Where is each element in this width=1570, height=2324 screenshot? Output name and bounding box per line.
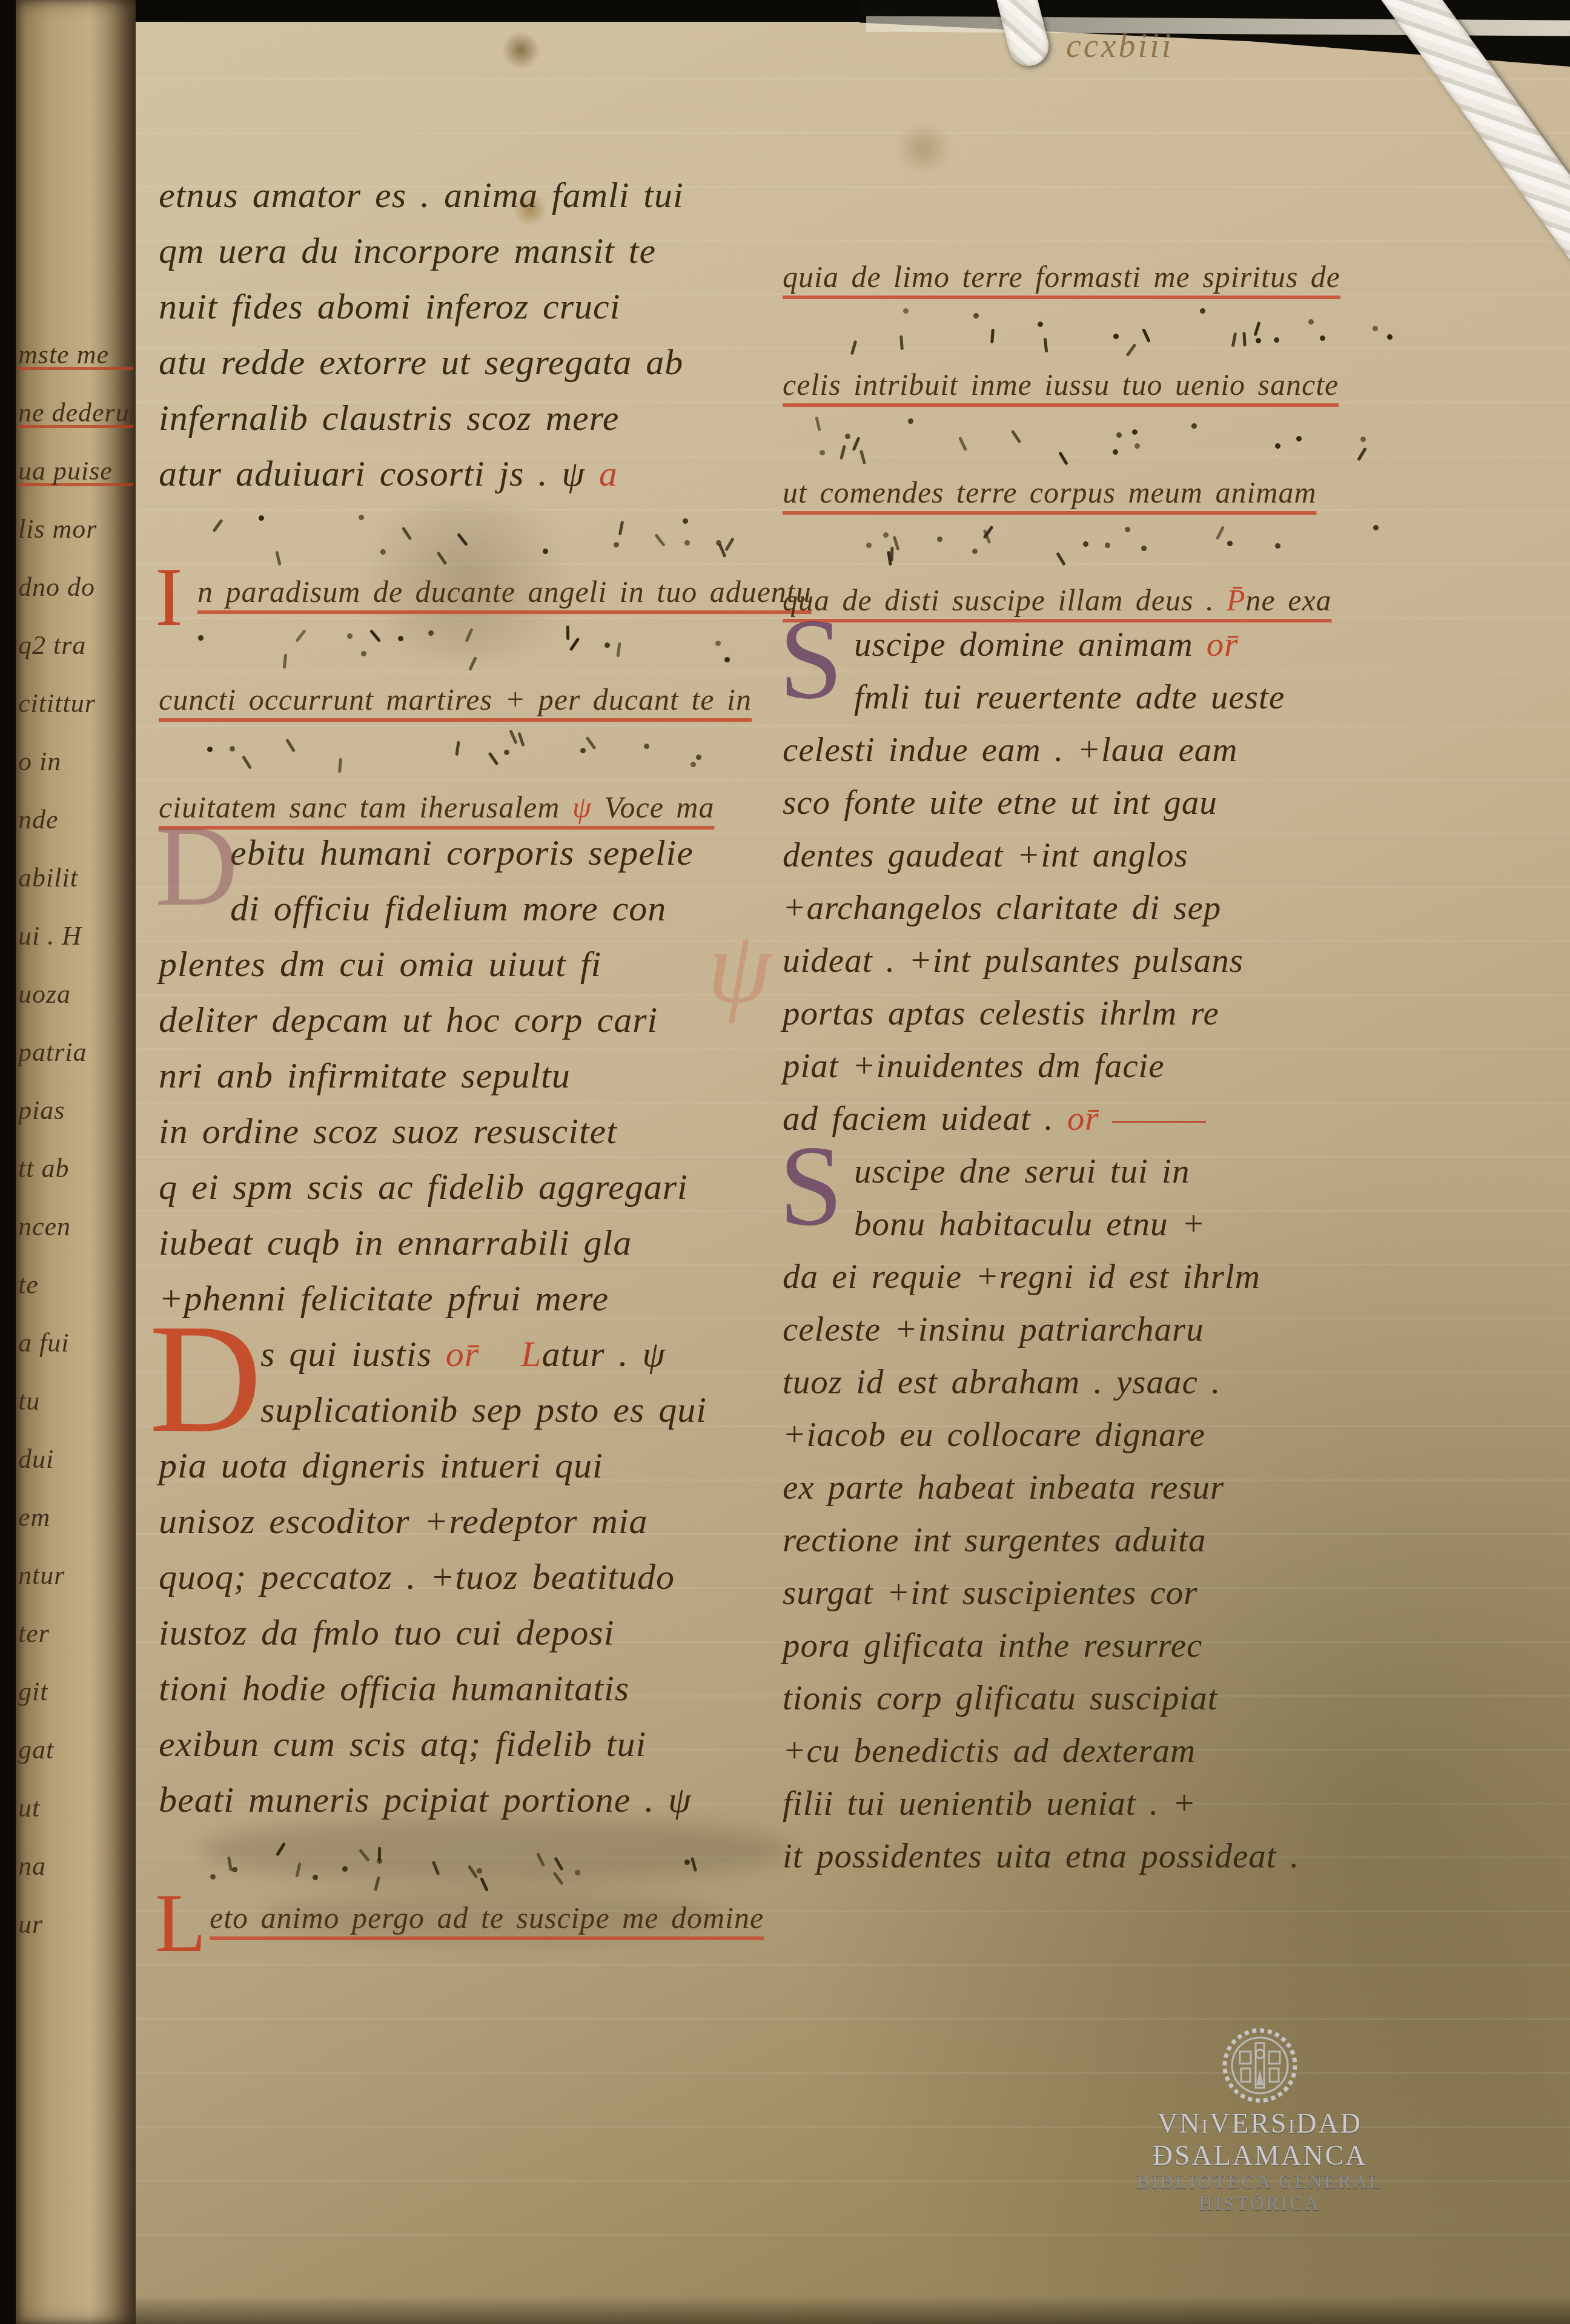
neume-mark: [860, 450, 866, 464]
edge-text-fragment: mste me: [18, 339, 133, 370]
text-segment: it possidentes uita etna possideat .: [783, 1837, 1299, 1875]
edge-text-fragment: uoza: [18, 979, 133, 1009]
neume-mark: [852, 437, 860, 451]
neume-mark: [276, 1842, 286, 1856]
neume-mark: [1273, 337, 1280, 344]
neume-mark: [958, 437, 967, 451]
text-line: beati muneris pcipiat portione . ψ: [159, 1779, 770, 1835]
neume-mark: [359, 1849, 370, 1862]
neume-mark: [468, 656, 477, 671]
text-segment: n paradisum de ducante angeli in tuo adu…: [197, 575, 812, 609]
text-segment: iubeat cuqb in ennarrabili gla: [159, 1223, 632, 1263]
text-line: deliter depcam ut hoc corp cari: [159, 999, 770, 1055]
text-line: dentes gaudeat +int anglos: [783, 836, 1425, 888]
neume-mark: [1360, 436, 1366, 443]
text-line: nri anb infirmitate sepultu: [159, 1055, 770, 1111]
neume-mark: [437, 552, 448, 566]
text-line: atur aduiuari cosorti js . ψ a: [159, 453, 770, 509]
neume-mark: [342, 1866, 348, 1872]
neume-mark: [844, 433, 851, 440]
left-text-column: etnus amator es . anima famli tuiqm uera…: [159, 174, 770, 1943]
text-segment: +archangelos claritate di sep: [783, 889, 1221, 927]
text-segment: di officiu fidelium more con: [230, 888, 666, 928]
text-line: exibun cum scis atq; fidelib tui: [159, 1723, 770, 1779]
text-line: plentes dm cui omia uiuut fi: [159, 943, 770, 999]
text-segment: tioni hodie officia humanitatis: [159, 1668, 629, 1708]
text-line: +archangelos claritate di sep: [783, 888, 1425, 941]
text-segment: sco fonte uite etne ut int gau: [783, 784, 1217, 822]
text-segment: Voce ma: [604, 790, 714, 824]
edge-text-fragment: ua puise: [18, 455, 133, 486]
watermark-library-name: BIBLIOTECA GENERAL HISTÓRICA: [1078, 2171, 1442, 2215]
neume-mark: [682, 518, 689, 525]
text-segment: P̄: [1227, 583, 1246, 617]
neume-mark: [480, 1877, 489, 1892]
text-segment: qua de disti suscipe illam deus .: [783, 583, 1227, 617]
neume-mark: [457, 533, 468, 546]
text-line: Debitu humani corporis sepelie: [159, 832, 770, 888]
text-line: +iacob eu collocare dignare: [783, 1415, 1425, 1468]
text-line: tionis corp glificatu suscipiat: [783, 1679, 1425, 1731]
neume-mark: [815, 416, 821, 431]
text-line: rectione int surgentes aduita: [783, 1520, 1425, 1573]
neume-mark: [1125, 526, 1131, 532]
neume-mark: [714, 640, 721, 647]
neume-mark: [866, 542, 872, 549]
edge-text-fragment: ut: [18, 1792, 133, 1823]
neume-mark: [1372, 524, 1379, 531]
text-segment: q ei spm scis ac fidelib aggregari: [159, 1167, 688, 1207]
watermark-salamanca: ÐSALAMANCA: [1078, 2139, 1442, 2171]
text-segment: unisoz escoditor +redeptor mia: [159, 1501, 648, 1541]
text-line: di officiu fidelium more con: [159, 888, 770, 943]
text-line: Suscipe dne serui tui in: [783, 1152, 1425, 1204]
neume-mark: [553, 1872, 564, 1885]
neume-mark: [432, 1861, 440, 1875]
neume-notation-band: [783, 409, 1425, 475]
neume-mark: [554, 1857, 564, 1870]
edge-text-fragment: na: [18, 1850, 133, 1881]
neume-mark: [1227, 540, 1233, 546]
text-segment: rectione int surgentes aduita: [783, 1521, 1207, 1559]
text-line: infernalib claustris scoz mere: [159, 397, 770, 453]
neume-mark: [574, 1869, 581, 1876]
parchment-stain: [890, 127, 957, 170]
neume-mark: [1142, 328, 1151, 343]
chant-line: celis intribuit inme iussu tuo uenio san…: [783, 367, 1425, 409]
neume-mark: [990, 329, 995, 343]
university-seal-icon: [1222, 2027, 1298, 2104]
text-segment: celesti indue eam . +laua eam: [783, 731, 1237, 769]
text-segment: pora glificata inthe resurrec: [783, 1626, 1202, 1665]
text-segment: uideat . +int pulsantes pulsans: [783, 942, 1244, 980]
text-segment: s qui iustis: [260, 1334, 446, 1374]
edge-text-fragment: ne dederun: [18, 397, 133, 428]
text-line: nuit fides abomi inferoz cruci: [159, 286, 770, 342]
neume-mark: [689, 761, 697, 769]
neume-mark: [604, 642, 611, 648]
text-segment: or̄: [446, 1334, 479, 1374]
neume-mark: [295, 629, 306, 642]
illuminated-initial: S: [779, 1143, 844, 1230]
neume-mark: [346, 633, 353, 639]
edge-text-fragment: citittur: [18, 688, 133, 719]
chant-line: qua de disti suscipe illam deus . P̄ne e…: [783, 583, 1425, 625]
text-segment: nri anb infirmitate sepultu: [159, 1055, 571, 1095]
neume-mark: [1113, 333, 1119, 340]
text-segment: piat +inuidentes dm facie: [783, 1047, 1165, 1085]
chant-line: cuncti occurrunt martires + per ducant t…: [159, 682, 770, 724]
right-text-column: quia de limo terre formasti me spiritus …: [783, 259, 1425, 1889]
neume-mark: [1215, 526, 1224, 540]
neume-mark: [569, 638, 580, 652]
text-line: Ds qui iustis or̄ Latur . ψ: [159, 1333, 770, 1389]
neume-mark: [1044, 338, 1048, 352]
text-line: fmli tui reuertente adte ueste: [783, 678, 1425, 730]
neume-mark: [1371, 325, 1379, 332]
neume-mark: [684, 540, 690, 546]
neume-mark: [893, 536, 900, 550]
neume-mark: [643, 743, 650, 750]
edge-text-fragment: pias: [18, 1095, 133, 1126]
text-line: quoq; peccatoz . +tuoz beatitudo: [159, 1556, 770, 1612]
neume-mark: [850, 340, 857, 355]
edge-text-fragment: nde: [18, 804, 133, 835]
neume-mark: [374, 1877, 380, 1891]
edge-text-fragment: abilit: [18, 862, 133, 893]
neume-mark: [1141, 544, 1148, 552]
text-segment: atur aduiuari cosorti js . ψ: [159, 454, 599, 494]
neume-mark: [566, 626, 569, 640]
neume-mark: [972, 312, 979, 319]
neume-mark: [1056, 552, 1066, 566]
chant-line: Leto animo pergo ad te suscipe me domine: [159, 1900, 770, 1943]
neume-mark: [242, 755, 252, 769]
text-segment: ut comendes terre corpus meum animam: [783, 475, 1317, 509]
neume-notation-band: [783, 517, 1425, 583]
neume-mark: [724, 537, 735, 551]
neume-mark: [1134, 443, 1141, 449]
text-segment: a: [599, 454, 618, 494]
neume-mark: [840, 445, 846, 460]
text-segment: atu redde extorre ut segregata ab: [159, 342, 683, 382]
text-line: it possidentes uita etna possideat .: [783, 1837, 1425, 1889]
neume-mark: [1296, 435, 1302, 442]
neume-mark: [197, 635, 204, 641]
neume-notation-band: [783, 302, 1425, 367]
neume-mark: [295, 1862, 301, 1877]
illuminated-initial: D: [149, 1320, 262, 1438]
watermark-university-name: VNiVERSiDAD: [1078, 2107, 1442, 2139]
neume-mark: [655, 533, 666, 547]
ink-stain: [502, 31, 540, 69]
text-segment: uscipe domine animam: [854, 626, 1207, 664]
text-line: filii tui uenientib ueniat . +: [783, 1784, 1425, 1837]
neume-mark: [1255, 337, 1262, 344]
edge-text-fragment: ur: [18, 1909, 133, 1939]
neume-mark: [369, 630, 381, 643]
neume-mark: [360, 650, 368, 657]
neume-mark: [613, 541, 620, 548]
previous-folio-edge: mste mene dederunua puiselis mordno doq2…: [16, 0, 136, 2324]
neume-mark: [488, 751, 498, 765]
neume-mark: [586, 736, 597, 750]
neume-mark: [883, 532, 889, 538]
text-line: iustoz da fmlo tuo cui deposi: [159, 1612, 770, 1668]
neume-mark: [684, 1859, 691, 1866]
chant-line: ut comendes terre corpus meum animam: [783, 475, 1425, 517]
neume-mark: [518, 732, 525, 747]
neume-mark: [936, 536, 942, 542]
text-segment: cuncti occurrunt martires + per ducant t…: [159, 682, 752, 716]
neume-mark: [1386, 333, 1393, 340]
neume-notation-band: [159, 616, 770, 682]
neume-mark: [378, 1847, 381, 1861]
neume-mark: [1231, 332, 1237, 348]
neume-mark: [1058, 452, 1068, 466]
text-segment: uscipe dne serui tui in: [854, 1152, 1190, 1190]
text-segment: in ordine scoz suoz resuscitet: [159, 1111, 617, 1151]
text-line: da ei requie +regni id est ihrlm: [783, 1257, 1425, 1310]
neume-notation-band: [159, 1835, 770, 1900]
edge-text-fragment: dno do: [18, 572, 133, 602]
neume-mark: [1126, 343, 1137, 357]
edge-text-fragment: tt ab: [18, 1153, 133, 1184]
neume-mark: [1274, 542, 1282, 550]
neume-mark: [971, 548, 978, 555]
neume-mark: [258, 515, 265, 522]
text-line: celesti indue eam . +laua eam: [783, 730, 1425, 783]
text-segment: eto animo pergo ad te suscipe me domine: [210, 1901, 764, 1935]
neume-mark: [1357, 447, 1367, 461]
text-segment: quia de limo terre formasti me spiritus …: [783, 260, 1340, 294]
neume-mark: [230, 745, 236, 752]
text-line: celeste +insinu patriarcharu: [783, 1310, 1425, 1362]
neume-mark: [397, 635, 404, 642]
text-segment: iustoz da fmlo tuo cui deposi: [159, 1613, 614, 1652]
neume-mark: [207, 746, 214, 753]
text-segment: dentes gaudeat +int anglos: [783, 836, 1188, 874]
text-line: qm uera du incorpore mansit te: [159, 230, 770, 286]
edge-text-fragment: te: [18, 1269, 133, 1300]
neume-mark: [536, 1852, 545, 1867]
folio-number: ccxbiii: [1066, 27, 1173, 65]
edge-text-fragment: patria: [18, 1037, 133, 1068]
neume-mark: [695, 754, 701, 761]
neume-mark: [1115, 432, 1122, 439]
neume-mark: [903, 308, 909, 314]
neume-mark: [283, 653, 287, 668]
neume-mark: [338, 758, 342, 773]
text-line: iubeat cuqb in ennarrabili gla: [159, 1222, 770, 1278]
text-line: +cu benedictis ad dexteram: [783, 1731, 1425, 1784]
text-segment: da ei requie +regni id est ihrlm: [783, 1258, 1260, 1296]
text-segment: deliter depcam ut hoc corp cari: [159, 1000, 658, 1040]
text-line: portas aptas celestis ihrlm re: [783, 994, 1425, 1046]
neume-mark: [1190, 422, 1198, 430]
edge-text-fragment: q2 tra: [18, 630, 133, 661]
neume-mark: [907, 418, 913, 424]
edge-text-fragment: o in: [18, 746, 133, 777]
page-bottom-shadow: [0, 2296, 1570, 2324]
neume-notation-band: [159, 724, 770, 790]
edge-text-fragment: ui . H: [18, 920, 133, 951]
text-line: surgat +int suscipientes cor: [783, 1573, 1425, 1626]
text-segment: plentes dm cui omia uiuut fi: [159, 944, 601, 984]
text-segment: qm uera du incorpore mansit te: [159, 231, 656, 271]
edge-text-fragment: ter: [18, 1618, 133, 1649]
neume-mark: [1275, 443, 1282, 450]
text-line: bonu habitaculu etnu +: [783, 1204, 1425, 1257]
edge-text-fragment: git: [18, 1676, 133, 1707]
text-line: tioni hodie officia humanitatis: [159, 1668, 770, 1723]
neume-mark: [1200, 308, 1206, 314]
neume-mark: [1308, 319, 1314, 325]
manuscript-page-photo: mste mene dederunua puiselis mordno doq2…: [0, 0, 1570, 2324]
neume-mark: [475, 1867, 483, 1875]
chant-line: In paradisum de ducante angeli in tuo ad…: [159, 574, 770, 616]
text-line: uideat . +int pulsantes pulsans: [783, 941, 1425, 994]
edge-text-fragment: dui: [18, 1444, 133, 1474]
text-line: in ordine scoz suoz resuscitet: [159, 1111, 770, 1166]
edge-text-fragment: tu: [18, 1385, 133, 1416]
text-segment: +iacob eu collocare dignare: [783, 1416, 1205, 1454]
text-segment: tuoz id est abraham . ysaac .: [783, 1363, 1221, 1401]
text-line: piat +inuidentes dm facie: [783, 1046, 1425, 1099]
text-line: tuoz id est abraham . ysaac .: [783, 1362, 1425, 1415]
text-segment: +cu benedictis ad dexteram: [783, 1732, 1196, 1770]
text-segment: atur . ψ: [542, 1334, 665, 1374]
neume-mark: [1131, 428, 1138, 435]
text-segment: tionis corp glificatu suscipiat: [783, 1679, 1218, 1717]
edge-text-fragment: lis mor: [18, 513, 133, 544]
neume-mark: [1253, 322, 1260, 336]
text-segment: ex parte habeat inbeata resur: [783, 1468, 1224, 1507]
edge-text-fragment: em: [18, 1502, 133, 1533]
text-segment: infernalib claustris scoz mere: [159, 398, 619, 438]
neume-mark: [1319, 334, 1327, 342]
text-line: unisoz escoditor +redeptor mia: [159, 1500, 770, 1556]
text-segment: fmli tui reuertente adte ueste: [854, 678, 1285, 716]
neume-mark: [455, 741, 460, 755]
neume-mark: [402, 527, 412, 541]
illuminated-initial: I: [155, 566, 184, 629]
text-segment: etnus amator es . anima famli tui: [159, 175, 684, 215]
illuminated-initial: L: [155, 1892, 207, 1955]
neume-mark: [724, 657, 730, 663]
neume-mark: [358, 514, 365, 521]
neume-mark: [618, 521, 623, 536]
text-segment: surgat +int suscipientes cor: [783, 1574, 1197, 1612]
text-segment: quoq; peccatoz . +tuoz beatitudo: [159, 1557, 675, 1597]
neume-mark: [380, 549, 386, 555]
neume-mark: [1010, 430, 1021, 444]
neume-mark: [509, 730, 517, 744]
text-segment: filii tui uenientib ueniat . +: [783, 1784, 1196, 1823]
text-line: Suscipe domine animam or̄: [783, 625, 1425, 678]
edge-text-fragment: ntur: [18, 1560, 133, 1591]
neume-mark: [231, 1866, 239, 1873]
neume-mark: [617, 642, 621, 656]
neume-mark: [1111, 448, 1119, 456]
neume-mark: [210, 1874, 216, 1880]
text-segment: celis intribuit inme iussu tuo uenio san…: [783, 368, 1339, 401]
neume-mark: [275, 551, 281, 566]
text-segment: suplicationib sep psto es qui: [260, 1390, 707, 1430]
edge-text-fragment: gat: [18, 1734, 133, 1765]
text-segment: ne exa: [1246, 583, 1332, 617]
text-line: etnus amator es . anima famli tui: [159, 174, 770, 230]
neume-mark: [818, 449, 826, 456]
text-segment: ebitu humani corporis sepelie: [230, 833, 694, 873]
text-line: pora glificata inthe resurrec: [783, 1626, 1425, 1679]
neume-mark: [212, 519, 223, 532]
neume-mark: [311, 1874, 319, 1881]
neume-mark: [504, 749, 510, 755]
text-line: q ei spm scis ac fidelib aggregari: [159, 1166, 770, 1222]
neume-mark: [428, 630, 434, 636]
neume-notation-band: [159, 509, 770, 574]
text-segment: nuit fides abomi inferoz cruci: [159, 286, 620, 326]
neume-mark: [1243, 332, 1247, 346]
text-line: ex parte habeat inbeata resur: [783, 1468, 1425, 1520]
chant-line: ciuitatem sanc tam iherusalem ψ Voce ma: [159, 790, 770, 832]
neume-mark: [465, 628, 473, 642]
edge-text-fragment: ncen: [18, 1211, 133, 1242]
text-segment: portas aptas celestis ihrlm re: [783, 994, 1219, 1032]
text-segment: ψ: [572, 790, 604, 824]
illuminated-initial: S: [779, 616, 844, 703]
neume-mark: [285, 738, 296, 752]
neume-mark: [580, 747, 586, 754]
text-line: ad faciem uideat . or̄ ———: [783, 1099, 1425, 1152]
neume-mark: [542, 547, 549, 555]
text-segment: celeste +insinu patriarcharu: [783, 1310, 1204, 1349]
neume-mark: [900, 335, 904, 350]
text-line: atu redde extorre ut segregata ab: [159, 342, 770, 397]
text-segment: or̄: [1207, 626, 1239, 664]
text-segment: bonu habitaculu etnu +: [854, 1205, 1205, 1243]
illuminated-initial: D: [155, 824, 239, 910]
text-segment: L: [521, 1334, 542, 1374]
neume-mark: [1082, 540, 1089, 547]
edge-text-fragment: a fui: [18, 1327, 133, 1358]
text-segment: [479, 1334, 521, 1374]
library-watermark: VNiVERSiDAD ÐSALAMANCA BIBLIOTECA GENERA…: [1078, 2027, 1442, 2215]
chant-line: quia de limo terre formasti me spiritus …: [783, 259, 1425, 302]
text-line: sco fonte uite etne ut int gau: [783, 783, 1425, 836]
neume-mark: [1104, 541, 1112, 549]
neume-mark: [691, 1857, 697, 1871]
text-segment: or̄ ———: [1067, 1100, 1207, 1138]
text-segment: exibun cum scis atq; fidelib tui: [159, 1724, 646, 1764]
text-segment: beati muneris pcipiat portione . ψ: [159, 1780, 692, 1820]
neume-mark: [1036, 320, 1044, 328]
